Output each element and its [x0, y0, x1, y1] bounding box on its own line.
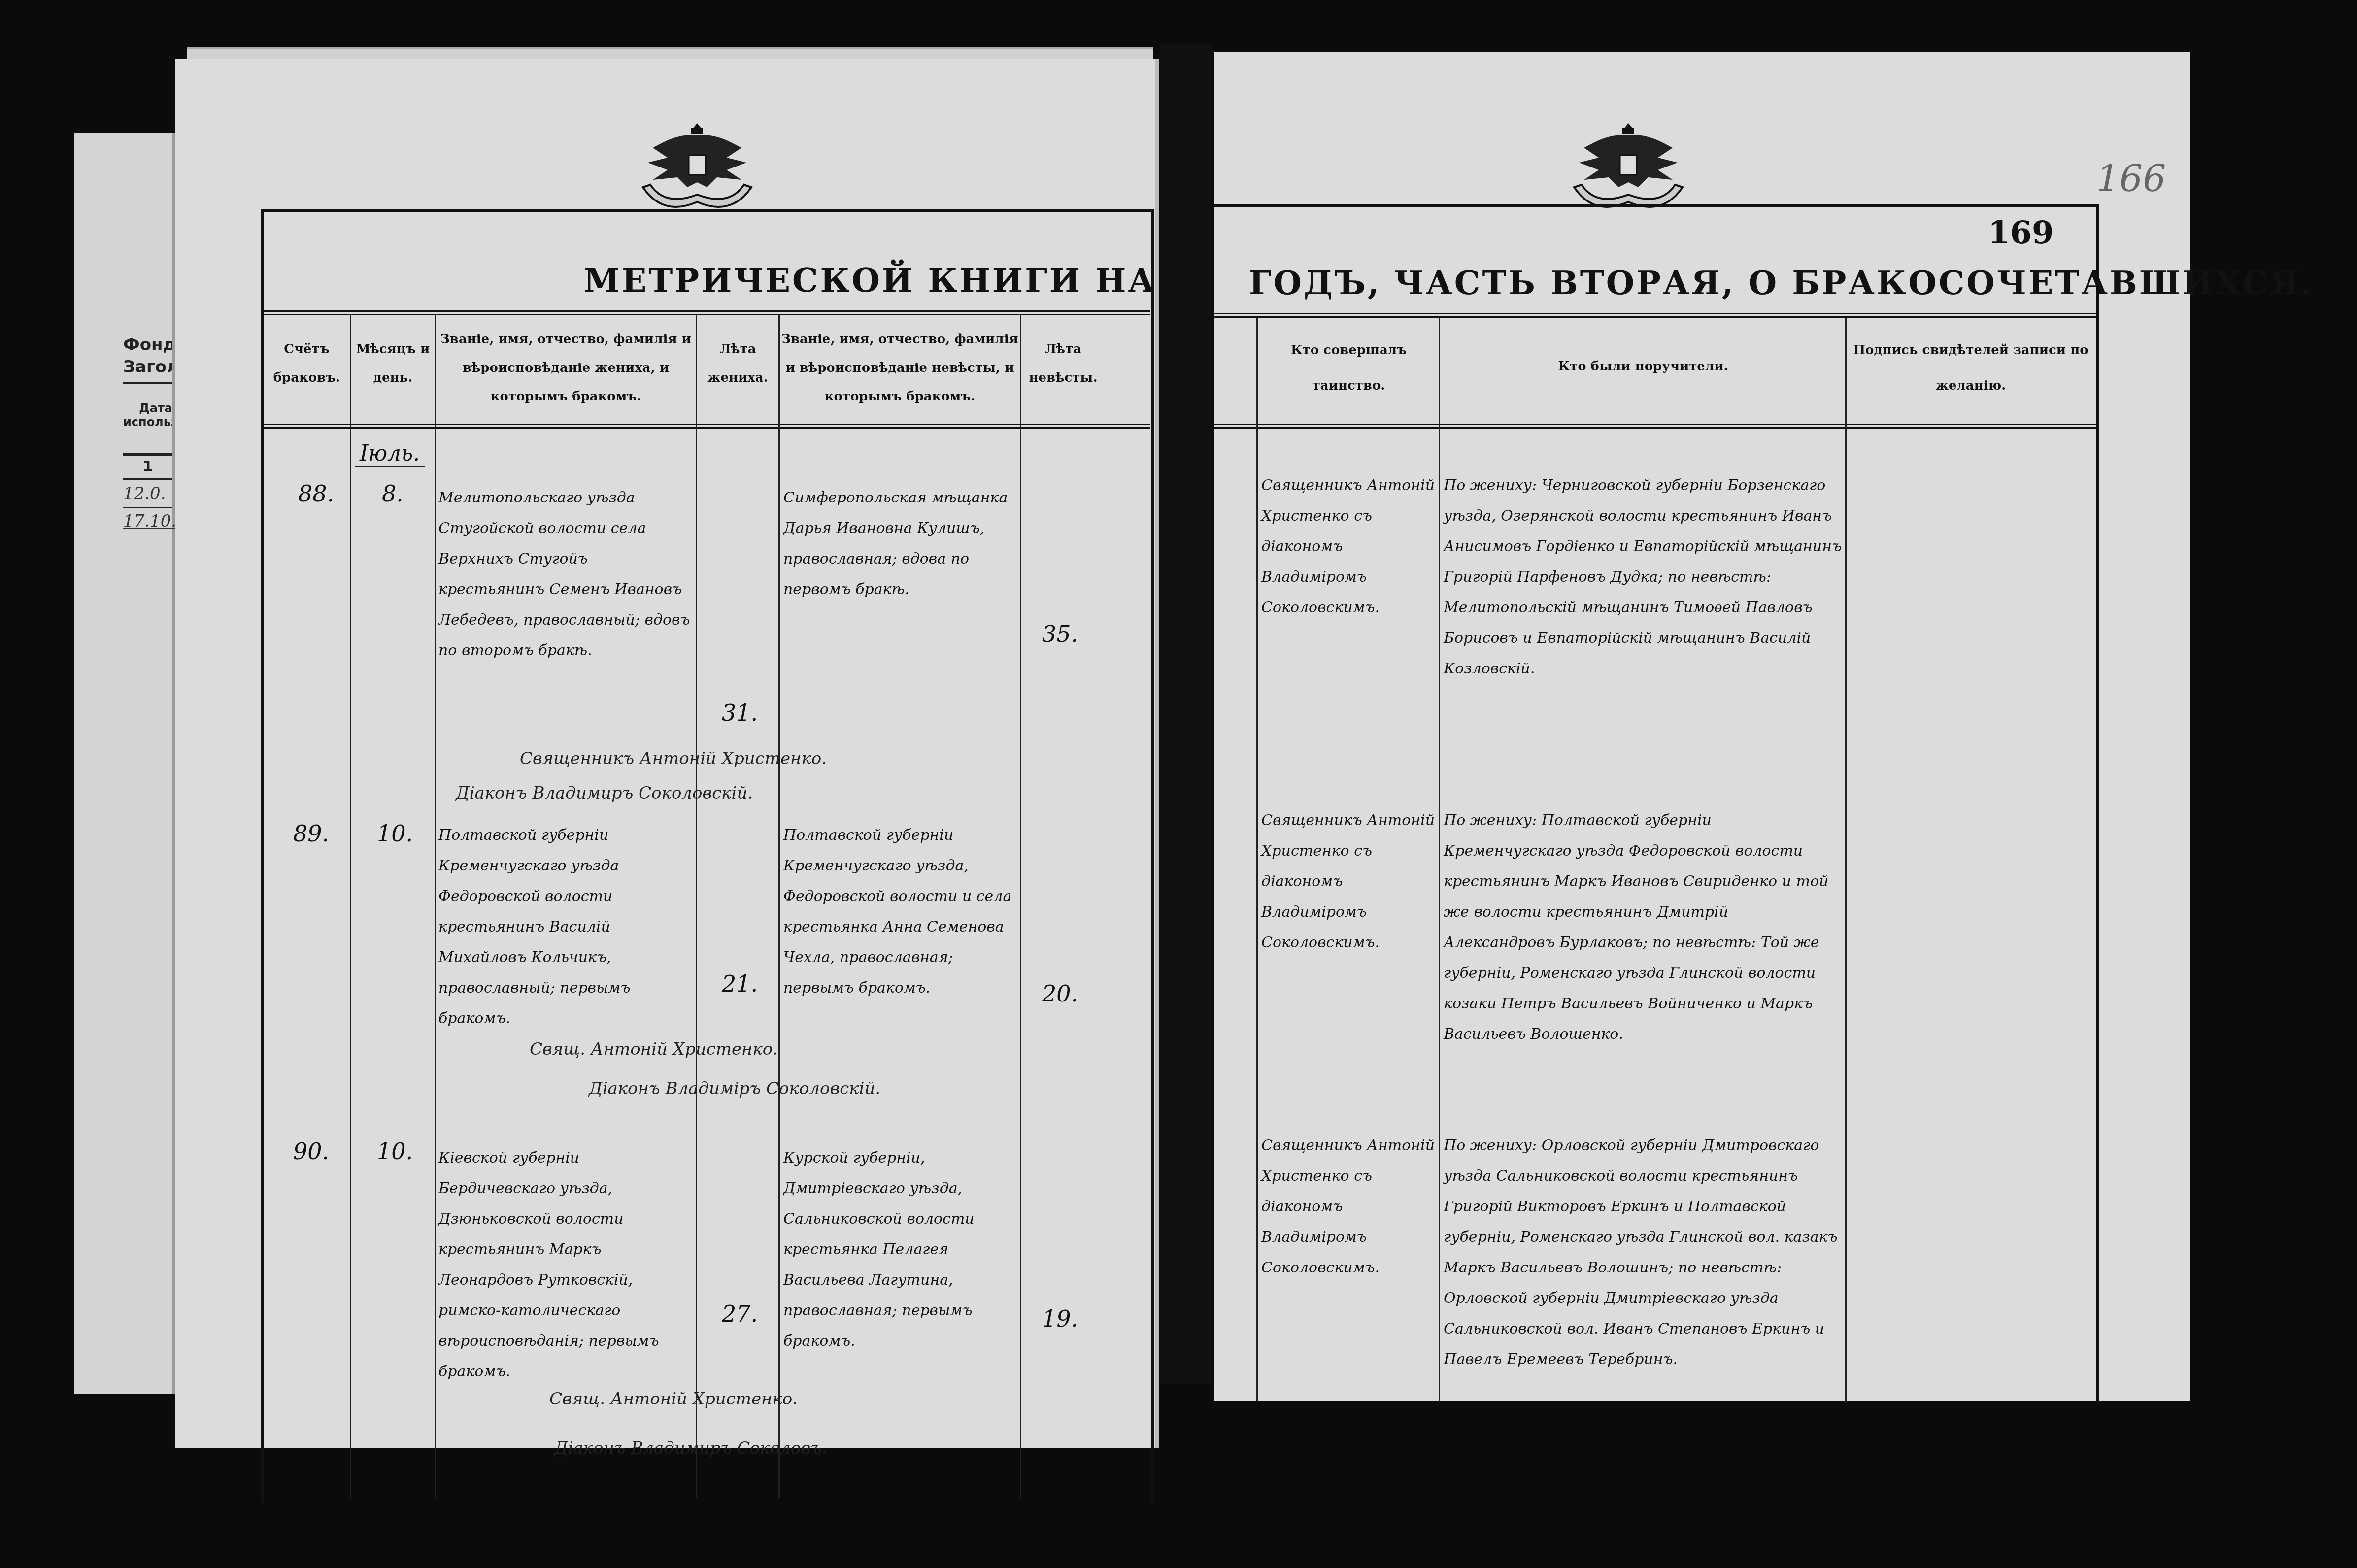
col-header-bride: Званіе, имя, отчество, фамилія и вѣроисп… — [780, 325, 1020, 411]
col-header-groom: Званіе, имя, отчество, фамилія и вѣроисп… — [436, 325, 696, 411]
divider — [123, 453, 172, 456]
signature-deacon: Діаконъ Владимиръ Соколовскій. — [456, 783, 753, 803]
bride-age: 19. — [1042, 1305, 1078, 1332]
col-header-month-day: Мѣсяцъ и день. — [351, 335, 435, 392]
signature-priest: Свящ. Антоній Христенко. — [549, 1389, 798, 1409]
header-top-rule — [1214, 313, 2096, 318]
record-number: 90. — [293, 1138, 329, 1165]
archive-tab-strip: Фонд Заголо Дата использования 1 12.0. 1… — [74, 133, 175, 1394]
guarantors-details: По жениху: Орловской губерніи Дмитровска… — [1444, 1131, 1843, 1375]
groom-details: Кіевской губерніи Бердичевскаго уѣзда, Д… — [438, 1143, 692, 1387]
col-header-officiant: Кто совершалъ таинство. — [1259, 333, 1439, 403]
archive-label-header: Заголо — [123, 357, 172, 377]
bride-details: Полтавской губерніи Кременчугскаго уѣзда… — [783, 820, 1017, 1003]
groom-details: Мелитопольскаго уѣзда Стугойской волости… — [438, 483, 692, 666]
divider — [123, 382, 172, 384]
column-divider — [1439, 318, 1440, 1401]
officiant-details: Священникъ Антоній Христенко съ діаконом… — [1261, 470, 1436, 623]
groom-age: 27. — [722, 1301, 758, 1327]
officiant-details: Священникъ Антоній Христенко съ діаконом… — [1261, 805, 1436, 958]
bride-details: Курской губерніи, Дмитріевскаго уѣзда, С… — [783, 1143, 1017, 1357]
guarantors-details: По жениху: Черниговской губерніи Борзенс… — [1444, 470, 1843, 684]
title-text: МЕТРИЧЕСКОЙ КНИГИ НА — [584, 261, 1156, 300]
archive-label-fond: Фонд — [123, 335, 172, 355]
divider — [123, 478, 172, 480]
page-number: 169 — [1988, 214, 2054, 251]
archive-folio-number: 166 — [2096, 158, 2166, 200]
month-heading: Іюль. — [355, 441, 425, 467]
col-header-bride-age: Лѣта невѣсты. — [1021, 335, 1105, 392]
left-page: МЕТРИЧЕСКОЙ КНИГИ НА1911 Счётъ браковъ. … — [175, 59, 1159, 1448]
record-day: 10. — [377, 820, 413, 847]
column-divider — [1256, 318, 1258, 1401]
column-divider — [435, 315, 436, 1498]
groom-age: 21. — [722, 970, 758, 997]
signature-deacon: Діаконъ Владиміръ Соколовскій. — [589, 1079, 880, 1099]
archive-date-1: 12.0. — [123, 484, 166, 503]
record-number: 89. — [293, 820, 329, 847]
groom-age: 31. — [722, 700, 758, 726]
divider — [123, 507, 172, 508]
record-day: 8. — [382, 480, 404, 507]
book-gutter — [1160, 44, 1212, 1384]
archive-column-number: 1 — [123, 458, 172, 475]
col-header-witness-signatures: Подпись свидѣтелей записи по желанію. — [1848, 333, 2094, 403]
column-divider — [778, 315, 780, 1498]
bride-age: 20. — [1042, 980, 1078, 1007]
column-divider — [696, 315, 697, 1498]
column-divider — [350, 315, 351, 1498]
signature-priest: Священникъ Антоній Христенко. — [520, 749, 827, 768]
column-divider — [1020, 315, 1021, 1498]
right-page: 166 169 ГОДЪ, ЧАСТЬ ВТОРАЯ, О БРАКОСОЧЕТ… — [1214, 52, 2190, 1401]
header-bottom-rule — [264, 424, 1150, 429]
signature-deacon: Діаконъ Владимиръ Соколовъ. — [554, 1438, 827, 1458]
record-number: 88. — [298, 480, 334, 507]
bride-details: Симферопольская мѣщанка Дарья Ивановна К… — [783, 483, 1017, 605]
column-divider — [1845, 318, 1847, 1401]
col-header-guarantors: Кто были поручители. — [1441, 352, 1845, 381]
archive-usage-label: Дата использования — [123, 401, 172, 429]
header-top-rule — [264, 310, 1150, 315]
record-day: 10. — [377, 1138, 413, 1165]
signature-priest: Свящ. Антоній Христенко. — [530, 1039, 778, 1059]
guarantors-details: По жениху: Полтавской губерніи Кременчуг… — [1444, 805, 1843, 1050]
book-title-left: МЕТРИЧЕСКОЙ КНИГИ НА1911 — [584, 261, 1249, 300]
book-title-right: ГОДЪ, ЧАСТЬ ВТОРАЯ, О БРАКОСОЧЕТАВШИХСЯ. — [1249, 264, 2314, 302]
groom-details: Полтавской губерніи Кременчугскаго уѣзда… — [438, 820, 692, 1034]
header-bottom-rule — [1214, 424, 2096, 429]
officiant-details: Священникъ Антоній Христенко съ діаконом… — [1261, 1131, 1436, 1283]
bride-age: 35. — [1042, 621, 1078, 647]
col-header-groom-age: Лѣта жениха. — [697, 335, 778, 392]
col-header-marriage-count: Счётъ браковъ. — [264, 335, 350, 392]
